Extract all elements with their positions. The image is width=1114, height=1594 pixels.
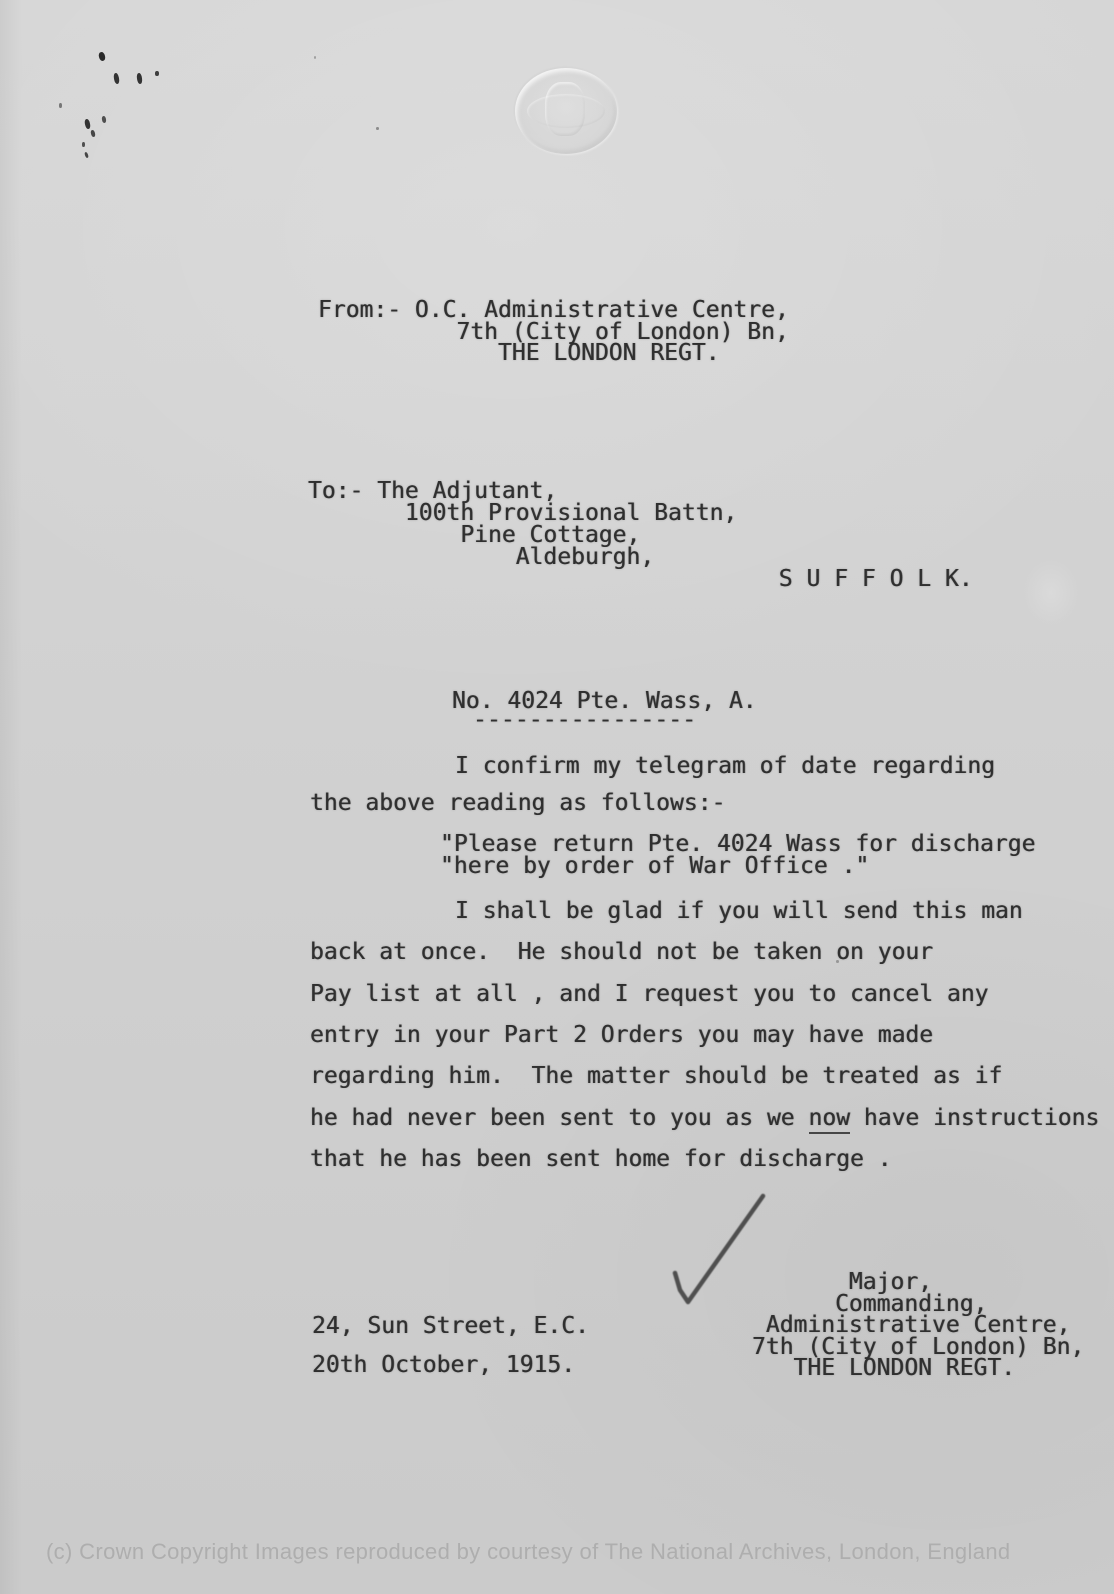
body-line: back at once. He should not be taken on … <box>310 939 933 967</box>
signature-block: Major, Commanding, Administrative Centre… <box>752 1272 1084 1380</box>
from-block: From:- O.C. Administrative Centre, 7th (… <box>318 300 789 365</box>
body-line: the above reading as follows:- <box>310 790 725 818</box>
telegram-quote: "Please return Pte. 4024 Wass for discha… <box>440 833 1035 877</box>
body-line: he had never been sent to you as we now … <box>310 1105 1099 1133</box>
body-line: Pay list at all , and I request you to c… <box>310 981 989 1009</box>
body-line: regarding him. The matter should be trea… <box>310 1063 1002 1091</box>
ink-speck <box>84 152 89 159</box>
subject-underline: ---------------- <box>473 707 696 735</box>
ink-speck <box>82 142 85 147</box>
ink-speck <box>90 130 96 138</box>
body-text: have instructions <box>850 1105 1099 1131</box>
paper-smudge <box>1022 558 1080 628</box>
body-line: I confirm my telegram of date regarding <box>455 753 995 781</box>
copyright-watermark: (c) Crown Copyright Images reproduced by… <box>46 1539 1011 1565</box>
royal-coat-of-arms-seal <box>515 68 617 154</box>
ink-speck <box>136 73 142 85</box>
ink-speck <box>155 71 159 76</box>
sender-address: 24, Sun Street, E.C. <box>312 1313 589 1341</box>
to-block: To:- The Adjutant, 100th Provisional Bat… <box>308 480 973 590</box>
ink-speck <box>113 73 120 85</box>
body-line: I shall be glad if you will send this ma… <box>455 898 1023 926</box>
body-line: that he has been sent home for discharge… <box>310 1146 892 1174</box>
body-text: he had never been sent to you as we <box>310 1105 809 1131</box>
body-line: entry in your Part 2 Orders you may have… <box>310 1022 933 1050</box>
letter-scan-page: From:- O.C. Administrative Centre, 7th (… <box>0 0 1114 1594</box>
ink-speck <box>59 103 62 108</box>
emphasized-word: now <box>809 1105 851 1134</box>
ink-speck <box>314 56 316 59</box>
ink-speck <box>98 51 106 61</box>
ink-speck <box>84 119 91 130</box>
ink-speck <box>101 116 106 124</box>
letter-date: 20th October, 1915. <box>312 1352 575 1380</box>
ink-speck <box>376 127 379 130</box>
